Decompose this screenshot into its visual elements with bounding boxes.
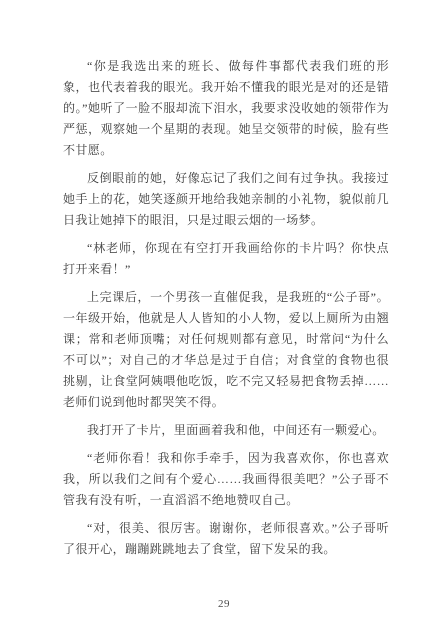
paragraph-2: 反倒眼前的她，好像忘记了我们之间有过争执。我接过她手上的花，她笑逐颜开地给我她亲…: [63, 168, 389, 231]
page-text-block: “你是我选出来的班长、做每件事都代表我们班的形象，也代表着我的眼光。我开始不懂我…: [63, 56, 389, 567]
paragraph-3: “林老师，你现在有空打开我画给你的卡片吗？你快点打开来看！”: [63, 238, 389, 280]
paragraph-7: “对，很美、很厉害。谢谢你，老师很喜欢。”公子哥听了很开心，蹦蹦跳跳地去了食堂，…: [63, 518, 389, 560]
page-number: 29: [0, 598, 448, 610]
document-page: “你是我选出来的班长、做每件事都代表我们班的形象，也代表着我的眼光。我开始不懂我…: [0, 0, 448, 640]
paragraph-5: 我打开了卡片，里面画着我和他，中间还有一颗爱心。: [63, 420, 389, 441]
paragraph-4: 上完课后，一个男孩一直催促我，是我班的“公子哥”。一年级开始，他就是人人皆知的小…: [63, 287, 389, 413]
paragraph-6: “老师你看！我和你手牵手，因为我喜欢你，你也喜欢我，所以我们之间有个爱心……我画…: [63, 448, 389, 511]
paragraph-1: “你是我选出来的班长、做每件事都代表我们班的形象，也代表着我的眼光。我开始不懂我…: [63, 56, 389, 161]
